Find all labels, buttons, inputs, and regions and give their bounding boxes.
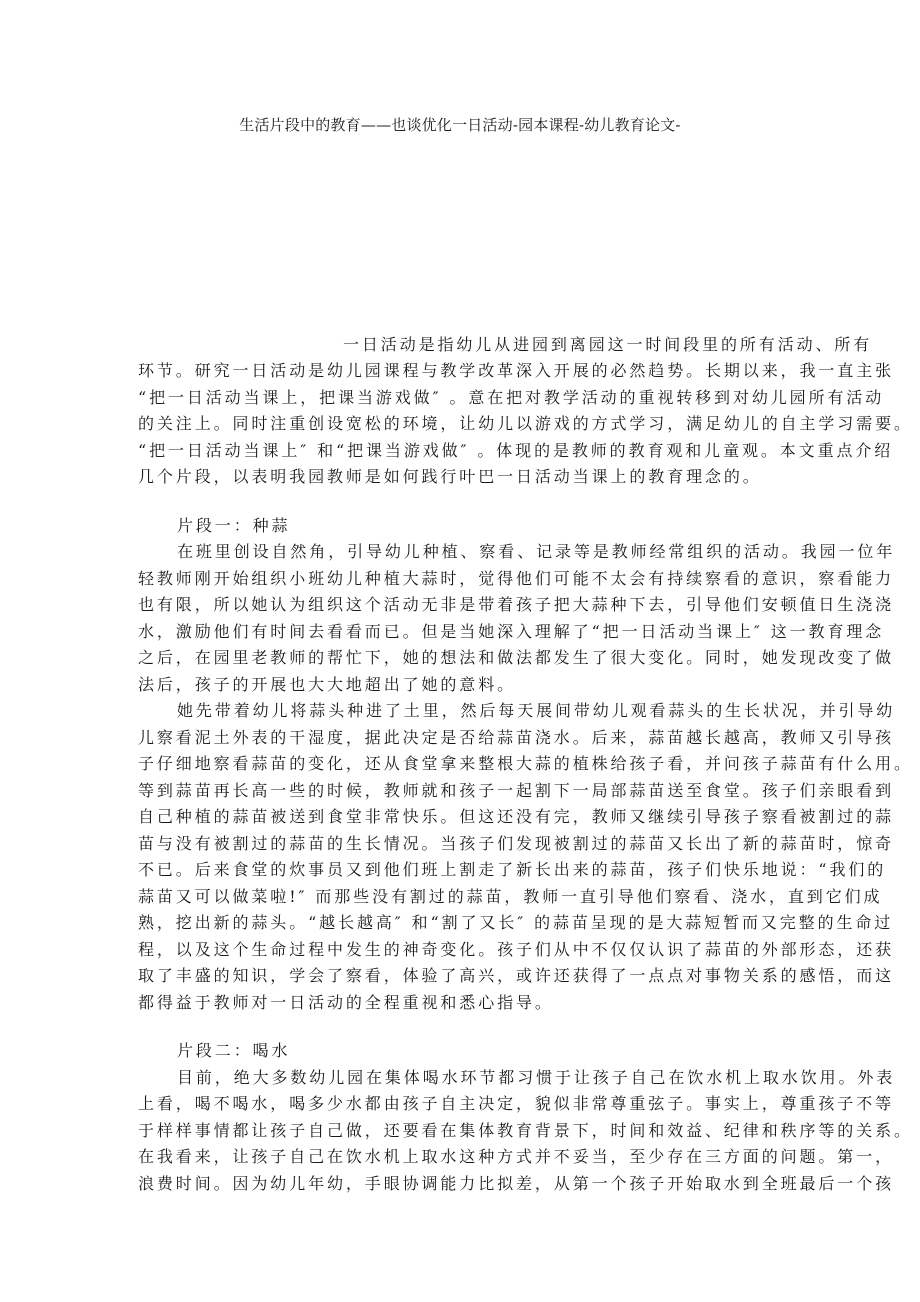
paragraph-line: 熟，挖出新的蒜头。“越长越高″ 和“割了又长″ 的蒜苗呈现的是大蒜短暂而又完整的…: [138, 913, 788, 933]
paragraph-line: 她先带着幼儿将蒜头种进了土里，然后每天展间带幼儿观看蒜头的生长状况，并引导幼: [177, 701, 827, 721]
paragraph-line: 都得益于教师对一日活动的全程重视和悉心指导。: [138, 993, 788, 1013]
paragraph-line: 法后，孩子的开展也大大地超出了她的意料。: [138, 675, 788, 695]
paragraph-line: 也有限，所以她认为组织这个活动无非是带着孩子把大蒜种下去，引导他们安顿值日生浇浇: [138, 595, 788, 615]
paragraph-line: 之后，在园里老教师的帮忙下，她的想法和做法都发生了很大变化。同时，她发现改变了做: [138, 648, 788, 668]
paragraph-line: “把一日活动当课上，把课当游戏做″ 。意在把对教学活动的重视转移到对幼儿园所有活…: [138, 388, 788, 408]
paragraph-line: 蒜苗又可以做菜啦!″ 而那些没有割过的蒜苗，教师一直引导他们察看、浇水，直到它们…: [138, 887, 788, 907]
paragraph-line: “把一日活动当课上″ 和“把课当游戏做″ 。体现的是教师的教育观和儿童观。本文重…: [138, 441, 788, 461]
paragraph-line: 等到蒜苗再长高一些的时候，教师就和孩子一起割下一局部蒜苗送至食堂。孩子们亲眼看到: [138, 781, 788, 801]
section-heading-1: 片段一：种蒜: [177, 516, 827, 536]
paragraph-line: 浪费时间。因为幼儿年幼，手眼协调能力比拟差，从第一个孩子开始取水到全班最后一个孩: [138, 1174, 788, 1194]
paragraph-line: 苗与没有被割过的蒜苗的生长情况。当孩子们发现被割过的蒜苗又长出了新的蒜苗时，惊奇: [138, 834, 788, 854]
paragraph-line: 环节。研究一日活动是幼儿园课程与教学改革深入开展的必然趋势。长期以来，我一直主张: [138, 361, 788, 381]
document-title: 生活片段中的教育——也谈优化一日活动-园本课程-幼儿教育论文-: [0, 114, 920, 135]
paragraph-line: 水，激励他们有时间去看看而已。但是当她深入理解了“把一日活动当课上″ 这一教育理…: [138, 622, 788, 642]
paragraph-line: 上看，喝不喝水，喝多少水都由孩子自主决定，貌似非常尊重弦子。事实上，尊重孩子不等: [138, 1094, 788, 1114]
paragraph-line: 轻教师刚开始组织小班幼儿种植大蒜时，觉得他们可能不太会有持续察看的意识，察看能力: [138, 569, 788, 589]
paragraph-line: 不已。后来食堂的炊事员又到他们班上割走了新长出来的蒜苗，孩子们快乐地说：“我们的: [138, 860, 788, 880]
section-heading-2: 片段二：喝水: [177, 1041, 827, 1061]
paragraph-line: 儿察看泥土外表的干湿度，据此决定是否给蒜苗浇水。后来，蒜苗越长越高，教师又引导孩: [138, 728, 788, 748]
paragraph-line: 几个片段，以表明我园教师是如何践行叶巴一日活动当课上的教育理念的。: [138, 467, 788, 487]
paragraph-line: 一日活动是指幼儿从进园到离园这一时间段里的所有活动、所有: [343, 335, 920, 355]
paragraph-line: 自己种植的蒜苗被送到食堂非常快乐。但这还没有完，教师又继续引导孩子察看被割过的蒜: [138, 807, 788, 827]
paragraph-line: 在我看来，让孩子自己在饮水机上取水这种方式并不妥当，至少存在三方面的问题。第一，: [138, 1147, 788, 1167]
paragraph-line: 的关注上。同时注重创设宽松的环境，让幼儿以游戏的方式学习，满足幼儿的自主学习需要…: [138, 414, 788, 434]
paragraph-line: 目前，绝大多数幼儿园在集体喝水环节都习惯于让孩子自己在饮水机上取水饮用。外表: [177, 1068, 827, 1088]
paragraph-line: 取了丰盛的知识，学会了察看，体验了高兴，或许还获得了一点点对事物关系的感悟，而这: [138, 966, 788, 986]
paragraph-line: 程，以及这个生命过程中发生的神奇变化。孩子们从中不仅仅认识了蒜苗的外部形态，还获: [138, 940, 788, 960]
paragraph-line: 于样样事情都让孩子自己做，还要看在集体教育背景下，时间和效益、纪律和秩序等的关系…: [138, 1121, 788, 1141]
paragraph-line: 子仔细地察看蒜苗的变化，还从食堂拿来整根大蒜的植株给孩子看，并问孩子蒜苗有什么用…: [138, 754, 788, 774]
paragraph-line: 在班里创设自然角，引导幼儿种植、察看、记录等是教师经常组织的活动。我园一位年: [177, 542, 827, 562]
